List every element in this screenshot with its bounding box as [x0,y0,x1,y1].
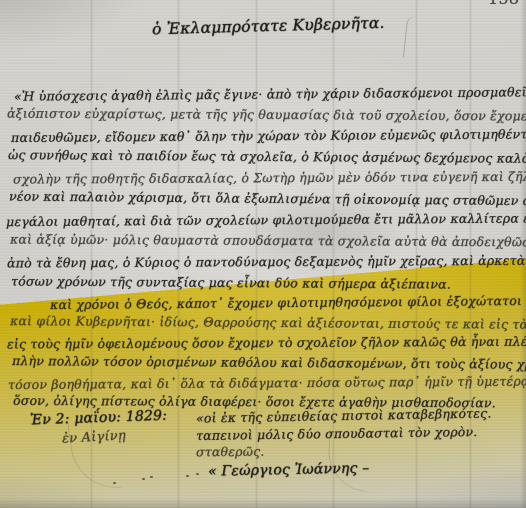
handwriting-line: σχολὴν τῆς ποθητῆς διδασκαλίας, ὁ Σωτὴρ … [13,171,526,186]
handwriting-line: παιδευθῶμεν, εἴδομεν καθ᾽ ὅλην τὴν χώραν… [11,128,526,144]
handwriting-line: τόσον βοηθήματα, καὶ δι᾽ ὅλα τὰ διδάγματ… [8,375,526,392]
closing-line: ταπεινοὶ μόλις δύο σπουδασταὶ τὸν χορὸν. [196,426,478,442]
handwriting-line: καὶ χρόνοι ὁ Θεός, κάποτ᾽ ἔχομεν φιλοτιμ… [50,295,522,312]
closing-line: «οἱ ἐκ τῆς εὐπειθείας πιστοὶ καταβεβηκότ… [196,407,492,425]
ink-dot [150,476,153,478]
ink-dot [196,473,199,475]
handwriting-line: εἰς τοὺς ἡμῖν ὀφειλομένους ὅσον ἔχομεν τ… [7,336,526,351]
closing-line: σταθερῶς. [196,446,265,459]
handwriting-line: ἀξιόπιστον εὐχαρίστως, μετὰ τῆς γῆς θαυμ… [7,108,526,123]
handwriting-line: μεγάλοι μαθηταί, καὶ διὰ τῶν σχολείων φι… [6,212,526,229]
handwriting-line: νέον καὶ παλαιὸν χάρισμα, ὅτι ὅλα ἐξωπλι… [9,191,526,208]
handwriting-line: ἀπὸ τὰ ἔθνη μας, ὁ Κύριος ὁ παντοδύναμος… [7,255,526,270]
manuscript-page: 158 ὁ Ἐκλαμπρότατε Κυβερνῆτα. «Ἡ ὑπόσχεσ… [0,0,526,508]
page-number: 158 [488,0,519,7]
signature: « Γεώργιος Ἰωάννης – [208,461,370,478]
date-line: Ἐν 2: μαΐου: 1829: [30,409,167,428]
handwriting-line: ὡς συνήθως καὶ τὸ παιδίον ἕως τὰ σχολεῖα… [8,149,526,165]
scan-edge-shadow [520,0,526,508]
scan-edge-shadow [0,498,526,508]
ink-dot [113,482,116,484]
ink-dot [186,475,189,477]
handwriting-line: καὶ ἀξίᾳ ὑμῶν· μόλις θαυμαστὰ σπουδάσματ… [10,234,526,249]
handwriting-line: «Ἡ ὑπόσχεσις ἀγαθὴ ἐλπὶς μᾶς ἔγινε· ἀπὸ … [14,85,526,103]
ink-dot [142,478,145,480]
handwriting-line: τόσων χρόνων τῆς συνταξίας μας εἶναι δύο… [11,275,451,291]
place-line: ἐν Αἰγίνῃ [62,429,126,445]
handwriting-line: καὶ φίλοι Κυβερνῆται· ἰδίως, Θαρρούσης κ… [10,315,526,331]
letter-heading: ὁ Ἐκλαμπρότατε Κυβερνῆτα. [152,16,385,38]
